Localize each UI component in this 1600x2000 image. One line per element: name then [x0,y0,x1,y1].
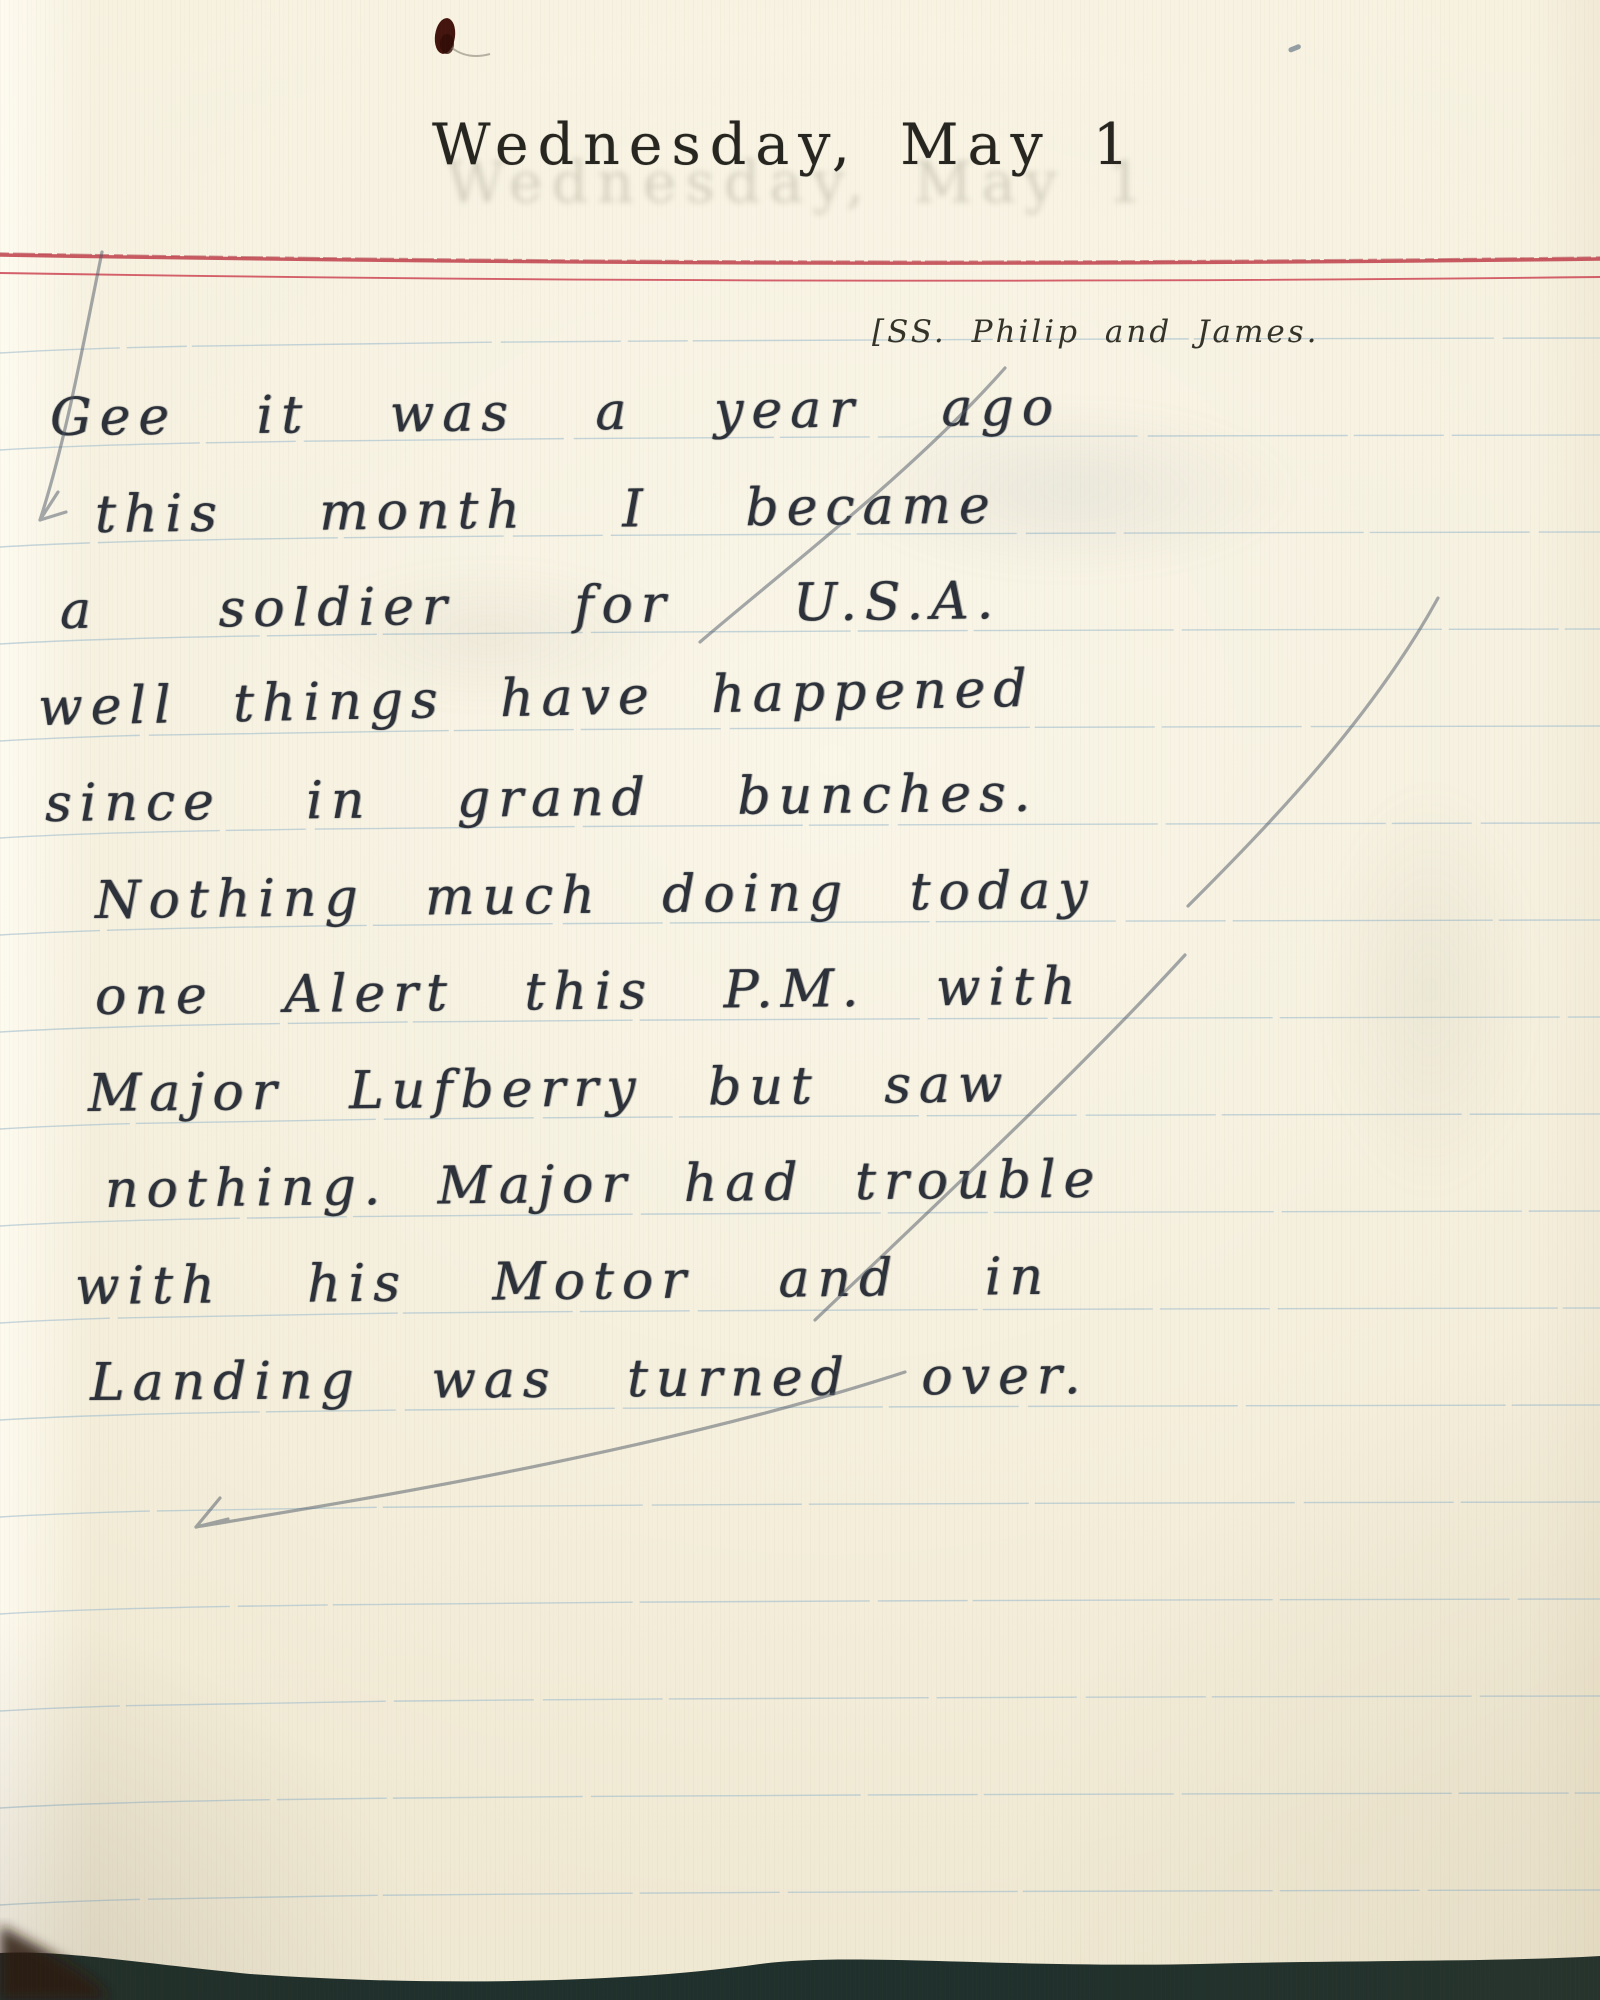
diary-page: Wednesday, May 1 Wednesday, May 1 [SS. P… [0,0,1600,2000]
flourish-stroke [196,1372,905,1527]
flourish-stroke [1188,598,1438,906]
ink-artifacts [0,0,1600,2000]
flourish-stroke [815,955,1185,1320]
ink-blot-spot [440,34,454,54]
ink-blot [433,17,490,56]
flourish-stroke [40,252,102,520]
ink-blot-hair [452,48,490,56]
pen-flourish-group [40,252,1438,1527]
flourish-stroke [700,368,1005,642]
pencil-fleck [1288,44,1302,54]
scan-bottom-edge [0,1953,1600,2000]
